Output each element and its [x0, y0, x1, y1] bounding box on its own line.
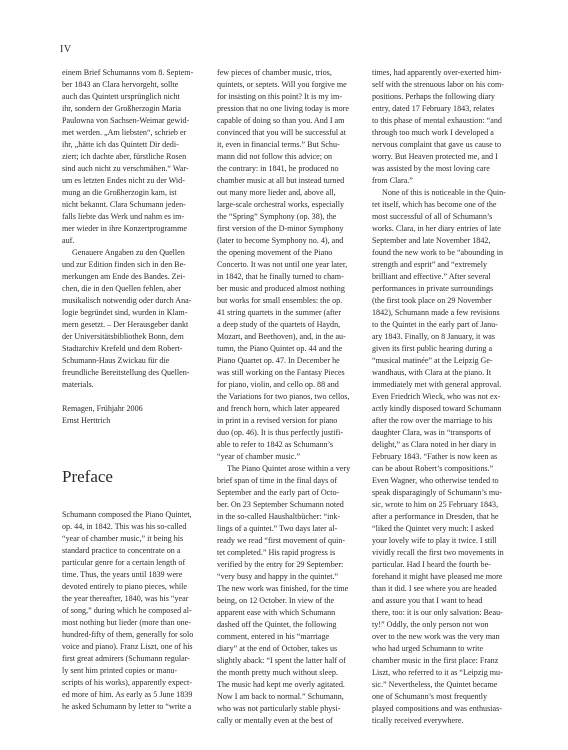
text-line: met werden. „Am liebsten“, schrieb er [62, 127, 198, 139]
text-line: “very busy and happy in the quintet.” [217, 571, 353, 583]
text-line: voice and piano). Franz Liszt, one of hi… [62, 641, 198, 653]
column-3: times, had apparently over-exerted him-s… [372, 67, 508, 727]
text-line: being, on 12 October. In view of the [217, 595, 353, 607]
text-line: a deep study of the quartets of Haydn, [217, 319, 353, 331]
text-line: after the row over the marriage to his [372, 415, 508, 427]
text-line: einem Brief Schumanns vom 8. Septem- [62, 67, 198, 79]
german-paragraph-2: Genauere Angaben zu den Quellenund zur E… [62, 247, 198, 391]
german-paragraph-1: einem Brief Schumanns vom 8. Septem-ber … [62, 67, 198, 247]
text-line: tet itself, which has become one of the [372, 199, 508, 211]
text-line: Liszt, who referred to it as “Leipzig mu… [372, 667, 508, 679]
text-line: played compositions and was enthusias- [372, 703, 508, 715]
text-line: first great admirers (Schumann regular- [62, 653, 198, 665]
text-line: the month pretty much without sleep. [217, 667, 353, 679]
text-line: the “Spring” Symphony (op. 38), the [217, 211, 353, 223]
text-line: than it did. I see where you are headed [372, 583, 508, 595]
text-line: worry. But Heaven protected me, and I [372, 151, 508, 163]
text-line: speak disparagingly of Schumann’s mu- [372, 487, 508, 499]
text-line: from Clara.” [372, 175, 508, 187]
text-line: devoted entirely to piano pieces, while [62, 581, 198, 593]
text-line: Piano Quartet op. 47. In December he [217, 355, 353, 367]
text-line: September and the early part of Octo- [217, 487, 353, 499]
text-line: mung an die Großherzogin kam, ist [62, 187, 198, 199]
text-line: vividly recall the first two movements i… [372, 547, 508, 559]
text-line: ed more of him. As early as 5 June 1839 [62, 689, 198, 701]
text-line: brief span of time in the final days of [217, 475, 353, 487]
text-line: can be about Robert’s compositions.” [372, 463, 508, 475]
text-line: he asked Schumann by letter to “write a [62, 701, 198, 713]
text-line: quintets, or septets. Will you forgive m… [217, 79, 353, 91]
text-line: Schumann composed the Piano Quintet, [62, 509, 198, 521]
text-line: chamber music at all but instead turned [217, 175, 353, 187]
text-line: over to the new work was the very man [372, 631, 508, 643]
text-line: (later to become Symphony no. 4), and [217, 235, 353, 247]
text-line: op. 44, in 1842. This was his so-called [62, 521, 198, 533]
text-line: standard practice to concentrate on a [62, 545, 198, 557]
text-line: sic, wrote to him on 25 February 1843, [372, 499, 508, 511]
text-line: auf. [62, 235, 198, 247]
text-line: was assisted by the most loving care [372, 163, 508, 175]
text-line: ber 1843 an Clara hervorgeht, sollte [62, 79, 198, 91]
text-line: logie begründet sind, wurden in Klam- [62, 307, 198, 319]
text-line: merkungen am Ende des Bandes. Zei- [62, 271, 198, 283]
english-paragraph-1: Schumann composed the Piano Quintet,op. … [62, 509, 198, 713]
text-line: out many more lieder and, above all, [217, 187, 353, 199]
text-line: hundred-fifty of them, generally for sol… [62, 629, 198, 641]
text-line: um es letzten Endes nicht zu der Wid- [62, 175, 198, 187]
text-line: able to refer to 1842 as Schumann’s [217, 439, 353, 451]
text-line: of song,” during which he composed al- [62, 605, 198, 617]
text-line: None of this is noticeable in the Quin- [372, 187, 508, 199]
text-line: the opening movement of the Piano [217, 247, 353, 259]
text-line: wandhaus, with Clara at the piano. It [372, 367, 508, 379]
text-line: ty!” Oddly, the only person not won [372, 619, 508, 631]
text-line: diary” at the end of October, takes us [217, 643, 353, 655]
signature-place-date: Remagen, Frühjahr 2006 [62, 403, 198, 415]
text-line: The music had kept me overly agitated. [217, 679, 353, 691]
text-line: The new work was finished, for the time [217, 583, 353, 595]
text-line: most successful of all of Schumann’s [372, 211, 508, 223]
text-line: ready we read “first movement of quin- [217, 535, 353, 547]
text-line: pression that no one living today is mor… [217, 103, 353, 115]
text-line: who was not particularly stable physi- [217, 703, 353, 715]
text-line: ber. On 23 September Schumann noted [217, 499, 353, 511]
text-line: nervous complaint that gave us cause to [372, 139, 508, 151]
text-line: to the Quintet in the early part of Janu… [372, 319, 508, 331]
text-line: und zur Edition finden sich in den Be- [62, 259, 198, 271]
text-line: for insisting on this point? It is my im… [217, 91, 353, 103]
text-line: performances in private surroundings [372, 283, 508, 295]
signature-name: Ernst Herttrich [62, 415, 198, 427]
text-line: “musical matinée” at the Leipzig Ge- [372, 355, 508, 367]
text-line: after a performance in Dresden, that he [372, 511, 508, 523]
text-line: der Universitätsbibliothek Bonn, dem [62, 331, 198, 343]
text-line: sind auch nicht zu verschmähen.“ War- [62, 163, 198, 175]
text-line: ber music and produced almost nothing [217, 283, 353, 295]
text-line: in the so-called Haushaltbücher: “ink- [217, 511, 353, 523]
column-2: few pieces of chamber music, trios,quint… [217, 67, 353, 727]
text-line: materials. [62, 379, 198, 391]
text-line: “year of chamber music.” [217, 451, 353, 463]
text-line: to this phase of mental exhaustion: “and [372, 115, 508, 127]
text-line: ly sent him printed copies or manu- [62, 665, 198, 677]
text-line: works. Clara, in her diary entries of la… [372, 223, 508, 235]
text-line: “year of chamber music,” it being his [62, 533, 198, 545]
text-line: freundliche Bereitstellung des Quellen- [62, 367, 198, 379]
text-line: chen, die in den Quellen fehlen, aber [62, 283, 198, 295]
text-line: verified by the entry for 29 September: [217, 559, 353, 571]
text-line: scripts of his works), apparently expect… [62, 677, 198, 689]
text-line: (the first took place on 29 November [372, 295, 508, 307]
text-line: time. Thus, the years until 1839 were [62, 569, 198, 581]
text-line: ihr, „hätte ich das Quintett Dir dedi- [62, 139, 198, 151]
text-line: nicht bekannt. Clara Schumann jeden- [62, 199, 198, 211]
text-line: the Variations for two pianos, two cello… [217, 391, 353, 403]
page-number: IV [60, 44, 72, 55]
text-line: mern gesetzt. – Der Herausgeber dankt [62, 319, 198, 331]
text-line: Paulowna von Sachsen-Weimar gewid- [62, 115, 198, 127]
text-line: in 1842, that he finally turned to cham- [217, 271, 353, 283]
text-line: given its first public hearing during a [372, 343, 508, 355]
section-heading-preface: Preface [62, 467, 198, 487]
text-line: chamber music in the first place: Franz [372, 655, 508, 667]
text-line: found the new work to be “abounding in [372, 247, 508, 259]
text-line: tumn, the Piano Quintet op. 44 and the [217, 343, 353, 355]
text-line: cally or mentally even at the best of [217, 715, 353, 727]
text-line: auch das Quintett ursprünglich nicht [62, 91, 198, 103]
text-line: self with the strenuous labor on his com… [372, 79, 508, 91]
text-line: ary 1843. Finally, on 8 January, it was [372, 331, 508, 343]
text-line: and french horn, which later appeared [217, 403, 353, 415]
text-line: times, had apparently over-exerted him- [372, 67, 508, 79]
text-line: positions. Perhaps the following diary [372, 91, 508, 103]
paragraph-1: times, had apparently over-exerted him-s… [372, 67, 508, 187]
text-line: first version of the D-minor Symphony [217, 223, 353, 235]
text-line: ziert; ich dachte aber, fürstliche Rosen [62, 151, 198, 163]
text-line: Stadtarchiv Krefeld und dem Robert- [62, 343, 198, 355]
paragraph-1: few pieces of chamber music, trios,quint… [217, 67, 353, 463]
text-line: forehand it might have pleased me more [372, 571, 508, 583]
text-line: actly kindly disposed toward Schumann [372, 403, 508, 415]
text-line: capable of doing so than you. And I am [217, 115, 353, 127]
text-line: daughter Clara, was in “transports of [372, 427, 508, 439]
text-line: slightly aback: “I spent the latter half… [217, 655, 353, 667]
text-line: your lovely wife to play it twice. I sti… [372, 535, 508, 547]
text-line: Even Friedrich Wieck, who was not ex- [372, 391, 508, 403]
text-line: immediately met with general approval. [372, 379, 508, 391]
text-line: particular. Had I heard the fourth be- [372, 559, 508, 571]
text-line: was still working on the Fantasy Pieces [217, 367, 353, 379]
text-line: 1842), Schumann made a few revisions [372, 307, 508, 319]
text-line: Schumann-Haus Zwickau für die [62, 355, 198, 367]
text-line: through too much work I developed a [372, 127, 508, 139]
text-line: Genauere Angaben zu den Quellen [62, 247, 198, 259]
text-line: delight,” as Clara noted in her diary in [372, 439, 508, 451]
text-line: musikalisch notwendig oder durch Ana- [62, 295, 198, 307]
text-line: particular genre for a certain length of [62, 557, 198, 569]
text-line: it, even in financial terms.” But Schu- [217, 139, 353, 151]
text-line: 41 string quartets in the summer (after [217, 307, 353, 319]
text-line: September and late November 1842, [372, 235, 508, 247]
text-line: ihr, sondern der Großherzogin Maria [62, 103, 198, 115]
text-line: for piano, violin, and cello op. 88 and [217, 379, 353, 391]
text-line: convinced that you will be successful at [217, 127, 353, 139]
text-line: the contrary: in 1841, he produced no [217, 163, 353, 175]
text-line: falls liebte das Werk und nahm es im- [62, 211, 198, 223]
text-line: but works for small ensembles: the op. [217, 295, 353, 307]
text-line: few pieces of chamber music, trios, [217, 67, 353, 79]
text-line: tet completed.” His rapid progress is [217, 547, 353, 559]
text-line: Now I am back to normal.” Schumann, [217, 691, 353, 703]
paragraph-2: None of this is noticeable in the Quin-t… [372, 187, 508, 727]
text-line: one of Schumann’s most frequently [372, 691, 508, 703]
text-line: “liked the Quintet very much: I asked [372, 523, 508, 535]
text-line: dashed off the Quintet, the following [217, 619, 353, 631]
text-line: The Piano Quintet arose within a very [217, 463, 353, 475]
text-line: Even Wagner, who otherwise tended to [372, 475, 508, 487]
text-line: and assure you that I want to head [372, 595, 508, 607]
text-line: sic.” Nevertheless, the Quintet became [372, 679, 508, 691]
text-line: Mozart, and Beethoven), and, in the au- [217, 331, 353, 343]
text-line: comment, entered in his “marriage [217, 631, 353, 643]
text-line: brilliant and effective.” After several [372, 271, 508, 283]
column-1: einem Brief Schumanns vom 8. Septem-ber … [62, 67, 198, 713]
paragraph-2: The Piano Quintet arose within a verybri… [217, 463, 353, 727]
text-line: tically received everywhere. [372, 715, 508, 727]
text-line: the year thereafter, 1840, was his “year [62, 593, 198, 605]
text-line: strength and esprit” and “extremely [372, 259, 508, 271]
text-line: apparent ease with which Schumann [217, 607, 353, 619]
text-line: lings of a quintet.” Two days later al- [217, 523, 353, 535]
text-line: most nothing but lieder (more than one- [62, 617, 198, 629]
text-line: large-scale orchestral works, especially [217, 199, 353, 211]
text-line: mer wieder in ihre Konzertprogramme [62, 223, 198, 235]
text-line: duo (op. 46). It is thus perfectly justi… [217, 427, 353, 439]
text-line: in print in a revised version for piano [217, 415, 353, 427]
text-line: February 1843. “Father is now keen as [372, 451, 508, 463]
text-line: who had urged Schumann to write [372, 643, 508, 655]
text-line: there, too: it is our only salvation: Be… [372, 607, 508, 619]
text-line: mann did not follow this advice; on [217, 151, 353, 163]
text-line: Concerto. It was not until one year late… [217, 259, 353, 271]
text-line: entry, dated 17 February 1843, relates [372, 103, 508, 115]
